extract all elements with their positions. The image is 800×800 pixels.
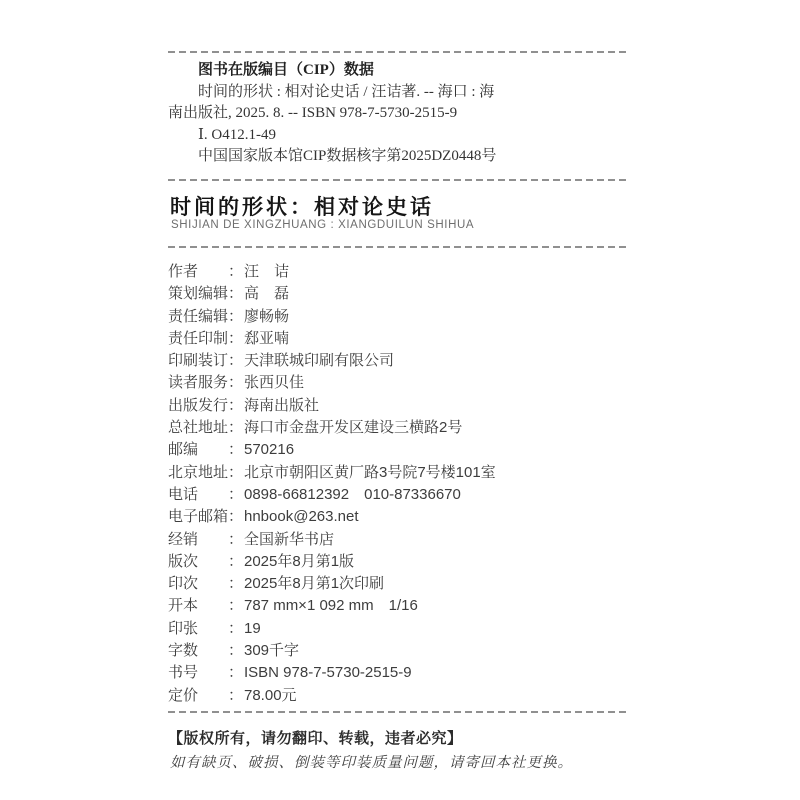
colophon-row-format: 开本：787 mm×1 092 mm 1/16 xyxy=(168,595,630,617)
row-colon: ： xyxy=(228,506,243,528)
row-colon: ： xyxy=(228,551,243,573)
row-colon: ： xyxy=(228,595,243,617)
dashed-divider-below-cip xyxy=(168,179,630,181)
colophon-row-publisher: 出版发行：海南出版社 xyxy=(168,395,630,417)
row-value: 汪 诘 xyxy=(243,261,289,283)
row-value: 787 mm×1 092 mm 1/16 xyxy=(243,595,418,617)
row-value: ISBN 978-7-5730-2515-9 xyxy=(243,662,412,684)
row-label: 印次 xyxy=(168,573,228,595)
row-label: 定价 xyxy=(168,685,228,707)
row-value: 天津联城印刷有限公司 xyxy=(243,350,394,372)
colophon-row-reader-service: 读者服务：张西贝佳 xyxy=(168,372,630,394)
book-title: 时间的形状：相对论史话 xyxy=(170,191,434,221)
row-label: 邮编 xyxy=(168,439,228,461)
row-label: 总社地址 xyxy=(168,417,228,439)
cip-data-block: 图书在版编目（CIP）数据 时间的形状 : 相对论史话 / 汪诘著. -- 海口… xyxy=(168,60,630,168)
quality-replacement-notice: 如有缺页、破损、倒装等印装质量问题，请寄回本社更换。 xyxy=(170,751,573,772)
row-label: 北京地址 xyxy=(168,462,228,484)
row-label: 开本 xyxy=(168,595,228,617)
row-colon: ： xyxy=(228,439,243,461)
row-value: 海口市金盘开发区建设三横路2号 xyxy=(243,417,462,439)
colophon-row-price: 定价：78.00元 xyxy=(168,685,630,707)
colophon-row-word-count: 字数：309千字 xyxy=(168,640,630,662)
row-colon: ： xyxy=(228,283,243,305)
colophon-row-responsible-editor: 责任编辑：廖畅畅 xyxy=(168,306,630,328)
row-value: 北京市朝阳区黄厂路3号院7号楼101室 xyxy=(243,462,496,484)
copyright-page: 图书在版编目（CIP）数据 时间的形状 : 相对论史话 / 汪诘著. -- 海口… xyxy=(168,0,630,800)
row-label: 电子邮箱 xyxy=(168,506,228,528)
row-colon: ： xyxy=(228,261,243,283)
row-value: 309千字 xyxy=(243,640,299,662)
copyright-warning: 【版权所有，请勿翻印、转载，违者必究】 xyxy=(168,727,463,748)
colophon-row-head-office-address: 总社地址：海口市金盘开发区建设三横路2号 xyxy=(168,417,630,439)
row-value: 全国新华书店 xyxy=(243,529,334,551)
row-colon: ： xyxy=(228,573,243,595)
dashed-divider-below-title xyxy=(168,246,630,248)
colophon-row-email: 电子邮箱：hnbook@263.net xyxy=(168,506,630,528)
cip-class-number: Ⅰ. O412.1-49 xyxy=(168,125,630,147)
colophon-row-distribution: 经销：全国新华书店 xyxy=(168,529,630,551)
cip-record-line2: 南出版社, 2025. 8. -- ISBN 978-7-5730-2515-9 xyxy=(168,103,630,125)
row-value: 0898-66812392 010-87336670 xyxy=(243,484,461,506)
row-colon: ： xyxy=(228,350,243,372)
colophon-list: 作者：汪 诘 策划编辑：高 磊 责任编辑：廖畅畅 责任印制：郄亚喃 印刷装订：天… xyxy=(168,261,630,707)
colophon-row-postcode: 邮编：570216 xyxy=(168,439,630,461)
row-label: 责任编辑 xyxy=(168,306,228,328)
colophon-row-phone: 电话：0898-66812392 010-87336670 xyxy=(168,484,630,506)
book-title-pinyin: SHIJIAN DE XINGZHUANG : XIANGDUILUN SHIH… xyxy=(171,219,474,231)
cip-registry-number: 中国国家版本馆CIP数据核字第2025DZ0448号 xyxy=(168,146,630,168)
row-label: 字数 xyxy=(168,640,228,662)
row-label: 书号 xyxy=(168,662,228,684)
row-colon: ： xyxy=(228,685,243,707)
row-colon: ： xyxy=(228,417,243,439)
row-label: 出版发行 xyxy=(168,395,228,417)
row-colon: ： xyxy=(228,372,243,394)
row-value: 郄亚喃 xyxy=(243,328,289,350)
row-value: 570216 xyxy=(243,439,294,461)
row-label: 版次 xyxy=(168,551,228,573)
row-value: 19 xyxy=(243,618,261,640)
colophon-row-sheets: 印张：19 xyxy=(168,618,630,640)
colophon-row-planning-editor: 策划编辑：高 磊 xyxy=(168,283,630,305)
row-value: 廖畅畅 xyxy=(243,306,289,328)
row-value: 2025年8月第1次印刷 xyxy=(243,573,384,595)
row-colon: ： xyxy=(228,484,243,506)
dashed-divider-bottom xyxy=(168,711,630,713)
colophon-row-beijing-address: 北京地址：北京市朝阳区黄厂路3号院7号楼101室 xyxy=(168,462,630,484)
cip-record-line1: 时间的形状 : 相对论史话 / 汪诘著. -- 海口 : 海 xyxy=(168,82,630,104)
row-label: 电话 xyxy=(168,484,228,506)
colophon-row-isbn: 书号：ISBN 978-7-5730-2515-9 xyxy=(168,662,630,684)
colophon-row-printing: 印次：2025年8月第1次印刷 xyxy=(168,573,630,595)
row-label: 策划编辑 xyxy=(168,283,228,305)
row-colon: ： xyxy=(228,462,243,484)
row-value: hnbook@263.net xyxy=(243,506,359,528)
row-colon: ： xyxy=(228,328,243,350)
row-value: 2025年8月第1版 xyxy=(243,551,354,573)
row-value: 张西贝佳 xyxy=(243,372,304,394)
row-label: 责任印制 xyxy=(168,328,228,350)
row-label: 读者服务 xyxy=(168,372,228,394)
row-value: 高 磊 xyxy=(243,283,289,305)
row-colon: ： xyxy=(228,306,243,328)
colophon-row-author: 作者：汪 诘 xyxy=(168,261,630,283)
cip-heading: 图书在版编目（CIP）数据 xyxy=(168,60,630,82)
row-colon: ： xyxy=(228,662,243,684)
row-colon: ： xyxy=(228,529,243,551)
row-value: 海南出版社 xyxy=(243,395,319,417)
row-label: 印刷装订 xyxy=(168,350,228,372)
colophon-row-printer: 印刷装订：天津联城印刷有限公司 xyxy=(168,350,630,372)
colophon-row-edition: 版次：2025年8月第1版 xyxy=(168,551,630,573)
dashed-divider-top xyxy=(168,51,630,53)
row-colon: ： xyxy=(228,618,243,640)
colophon-row-print-supervisor: 责任印制：郄亚喃 xyxy=(168,328,630,350)
row-value: 78.00元 xyxy=(243,685,297,707)
row-label: 作者 xyxy=(168,261,228,283)
row-colon: ： xyxy=(228,640,243,662)
row-label: 印张 xyxy=(168,618,228,640)
row-colon: ： xyxy=(228,395,243,417)
row-label: 经销 xyxy=(168,529,228,551)
